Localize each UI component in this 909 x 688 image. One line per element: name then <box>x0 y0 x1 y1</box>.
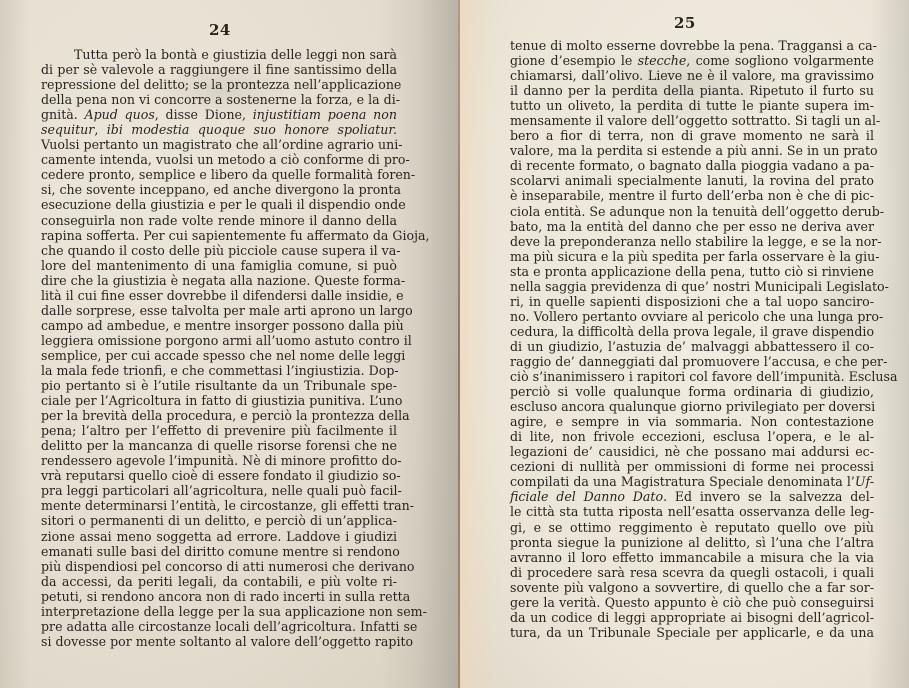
text-segment: ma più sicura e la più spedita per farla… <box>510 249 879 264</box>
text-line: chiamarsi, dall’olivo. Lieve ne è il val… <box>510 68 874 83</box>
italic-text: sequitur <box>41 122 94 137</box>
text-segment: gnità. <box>41 107 85 122</box>
text-line: pra leggi particolari all’agricoltura, n… <box>41 483 397 498</box>
text-segment: di lite, non frivole eccezioni, esclusa … <box>510 429 874 444</box>
text-segment: campo ad ambedue, e mentre insorger poss… <box>41 318 404 333</box>
text-segment: di procedere sarà resa scevra da quegli … <box>510 565 874 580</box>
text-line: rapina sofferta. Per cui sapientemente f… <box>41 228 397 243</box>
text-segment: tura, da un Tribunale Speciale per appli… <box>510 625 874 640</box>
text-segment: dalle sorprese, esse talvolta per male a… <box>41 303 413 318</box>
text-line: bero a fior di terra, non di grave momen… <box>510 128 874 143</box>
text-line: esecuzione della giustizia e per le qual… <box>41 197 397 212</box>
left-page: 24 Tutta però la bontà e giustizia delle… <box>0 0 460 688</box>
text-line: avranno il loro effetto immancabile a mi… <box>510 550 874 565</box>
text-line: tenue di molto esserne dovrebbe la pena.… <box>510 38 874 53</box>
text-line: cedere pronto, semplice e libero da quel… <box>41 167 397 182</box>
text-line: gere la verità. Questo appunto è ciò che… <box>510 595 874 610</box>
text-segment: scolarvi animali specialmente lanuti, la… <box>510 173 874 188</box>
text-segment: rapina sofferta. Per cui sapientemente f… <box>41 228 429 243</box>
book-spread: 24 Tutta però la bontà e giustizia delle… <box>0 0 909 688</box>
text-line: nella saggia previdenza di que’ nostri M… <box>510 279 874 294</box>
text-line: ma più sicura e la più spedita per farla… <box>510 249 874 264</box>
text-segment: vrà reputarsi quello cioè di essere fond… <box>41 468 401 483</box>
text-segment: camente intenda, vuolsi un metodo a ciò … <box>41 152 410 167</box>
text-segment: più dispendiosi pel concorso di atti num… <box>41 559 415 574</box>
text-segment: tutto un oliveto, la perdita di tutte le… <box>510 98 874 113</box>
text-line: il danno per la perdita della pianta. Ri… <box>510 83 874 98</box>
text-segment: gere la verità. Questo appunto è ciò che… <box>510 595 874 610</box>
text-segment: ciale per l’Agricoltura in fatto di gius… <box>41 393 402 408</box>
text-line: emanati sulle basi del diritto comune me… <box>41 544 397 559</box>
text-segment: conseguirla non rade volte rende minore … <box>41 213 397 228</box>
text-segment: , come sogliono volgarmente <box>686 53 874 68</box>
text-segment: valore, ma la perdita si estende a più a… <box>510 143 878 158</box>
text-segment: . Ed invero se la salvezza del- <box>663 489 874 504</box>
text-segment: emanati sulle basi del diritto comune me… <box>41 544 400 559</box>
text-segment: chiamarsi, dall’olivo. Lieve ne è il val… <box>510 68 874 83</box>
text-line: da accessi, da periti legali, da contabi… <box>41 574 397 589</box>
body-text: Tutta però la bontà e giustizia delle le… <box>41 47 397 649</box>
text-line: sta e pronta applicazione della pena, tu… <box>510 264 874 279</box>
text-line: valore, ma la perdita si estende a più a… <box>510 143 874 158</box>
text-line: scolarvi animali specialmente lanuti, la… <box>510 173 874 188</box>
text-segment: pronta siegue la punizione al delitto, s… <box>510 535 874 550</box>
text-line: mente determinarsi l’entità, le circosta… <box>41 498 397 513</box>
text-segment: nella saggia previdenza di que’ nostri M… <box>510 279 889 294</box>
page-number: 25 <box>674 14 696 32</box>
italic-text: injustitiam poena non <box>253 107 397 122</box>
text-segment: raggio de’ danneggiati dal promuovere l’… <box>510 354 887 369</box>
text-segment: mensamente il valore dell’oggetto sottra… <box>510 113 880 128</box>
text-segment: pra leggi particolari all’agricoltura, n… <box>41 483 402 498</box>
text-segment: , disse Dione, <box>155 107 253 122</box>
text-line: pronta siegue la punizione al delitto, s… <box>510 535 874 550</box>
text-line: che quando il costo delle più picciole c… <box>41 243 397 258</box>
text-segment: cedere pronto, semplice e libero da quel… <box>41 167 415 182</box>
text-line: conseguirla non rade volte rende minore … <box>41 213 397 228</box>
text-line: bato, ma la entità del danno che per ess… <box>510 219 874 234</box>
text-line: gnità. Apud quos, disse Dione, injustiti… <box>41 107 397 122</box>
right-page: 25 tenue di molto esserne dovrebbe la pe… <box>460 0 909 688</box>
text-line: camente intenda, vuolsi un metodo a ciò … <box>41 152 397 167</box>
text-line: cezioni di nullità per ommissioni di for… <box>510 459 874 474</box>
text-segment: leggiera omissione porgono armi all’uomo… <box>41 333 412 348</box>
text-line: ciò s’inanimissero i rapitori col favore… <box>510 369 874 384</box>
text-line: ri, in quelle sapienti disposizioni che … <box>510 294 874 309</box>
text-segment: di un giudizio, l’astuzia de’ malvaggi a… <box>510 339 874 354</box>
text-line: petuti, si rendono ancora non di rado in… <box>41 589 397 604</box>
italic-text: Apud quos <box>85 107 155 122</box>
text-segment: deve la preponderanza nello stabilire la… <box>510 234 882 249</box>
text-segment: dire che la giustizia è negata alla nazi… <box>41 273 405 288</box>
text-segment: no. Vollero pertanto ovviare al pericolo… <box>510 309 883 324</box>
text-line: pre adatta alle circostanze locali dell’… <box>41 619 397 634</box>
text-line: legazioni de’ causidici, nè che possano … <box>510 444 874 459</box>
text-line: sequitur, ibi modestia quoque suo honore… <box>41 122 397 137</box>
text-line: gi, e se ottimo reggimento è reputato qu… <box>510 520 874 535</box>
text-line: tutto un oliveto, la perdita di tutte le… <box>510 98 874 113</box>
text-segment: delitto per la mancanza di quelle risors… <box>41 438 397 453</box>
text-line: sovente più valgono a sovvertire, di que… <box>510 580 874 595</box>
text-segment: pio pertanto si è l’utile risultante da … <box>41 378 397 393</box>
text-line: dire che la giustizia è negata alla nazi… <box>41 273 397 288</box>
text-segment: sovente più valgono a sovvertire, di que… <box>510 580 874 595</box>
text-line: da un codice di leggi appropriate ai bis… <box>510 610 874 625</box>
text-line: mensamente il valore dell’oggetto sottra… <box>510 113 874 128</box>
text-line: per la brevità della procedura, e perciò… <box>41 408 397 423</box>
text-segment: Vuolsi pertanto un magistrato che all’or… <box>41 137 403 152</box>
text-segment: è inseparabile, mentre il furto dell’erb… <box>510 188 874 203</box>
text-line: no. Vollero pertanto ovviare al pericolo… <box>510 309 874 324</box>
text-segment: lità il cui fine esser dovrebbe il difen… <box>41 288 404 303</box>
text-line: ficiale del Danno Dato. Ed invero se la … <box>510 489 874 504</box>
text-segment: interpretazione della legge per la sua a… <box>41 604 427 619</box>
text-line: Vuolsi pertanto un magistrato che all’or… <box>41 137 397 152</box>
text-line: rendessero agevole l’impunità. Nè di min… <box>41 453 397 468</box>
body-text: tenue di molto esserne dovrebbe la pena.… <box>510 38 874 640</box>
text-segment: ri, in quelle sapienti disposizioni che … <box>510 294 874 309</box>
text-segment: gi, e se ottimo reggimento è reputato qu… <box>510 520 874 535</box>
text-line: perciò si volle qualunque forma ordinari… <box>510 384 874 399</box>
text-line: sitori o permanenti di un delitto, e per… <box>41 513 397 528</box>
text-segment: avranno il loro effetto immancabile a mi… <box>510 550 874 565</box>
text-line: campo ad ambedue, e mentre insorger poss… <box>41 318 397 333</box>
text-line: escluso ancora qualunque giorno privileg… <box>510 399 874 414</box>
text-line: le città sta tutta riposta nell’esatta o… <box>510 504 874 519</box>
text-line: la mala fede trionfi, e che commettasi l… <box>41 363 397 378</box>
text-segment: rendessero agevole l’impunità. Nè di min… <box>41 453 402 468</box>
text-segment: agire, e sempre in via sommaria. Non con… <box>510 414 874 429</box>
text-line: interpretazione della legge per la sua a… <box>41 604 397 619</box>
page-number: 24 <box>209 21 231 39</box>
text-segment: si dovesse por mente soltanto al valore … <box>41 634 413 649</box>
text-line: pio pertanto si è l’utile risultante da … <box>41 378 397 393</box>
text-segment: compilati da una Magistratura Speciale d… <box>510 474 855 489</box>
text-segment: la mala fede trionfi, e che commettasi l… <box>41 363 399 378</box>
text-segment: bero a fior di terra, non di grave momen… <box>510 128 874 143</box>
text-line: dalle sorprese, esse talvolta per male a… <box>41 303 397 318</box>
text-segment: ciò s’inanimissero i rapitori col favore… <box>510 369 897 384</box>
text-line: pena; l’altro per l’effetto di prevenire… <box>41 423 397 438</box>
text-line: compilati da una Magistratura Speciale d… <box>510 474 874 489</box>
text-segment: di recente formato, o bagnato dalla piog… <box>510 158 874 173</box>
text-segment: sta e pronta applicazione della pena, tu… <box>510 264 874 279</box>
text-line: lore del mantenimento di una famiglia co… <box>41 258 397 273</box>
text-segment: zione assai meno soggetta ad errore. Lad… <box>41 529 397 544</box>
text-line: di un giudizio, l’astuzia de’ malvaggi a… <box>510 339 874 354</box>
text-segment: legazioni de’ causidici, nè che possano … <box>510 444 874 459</box>
italic-text: Uf- <box>855 474 874 489</box>
text-segment: della pena non vi concorre a sostenerne … <box>41 92 400 107</box>
text-segment: pre adatta alle circostanze locali dell’… <box>41 619 417 634</box>
text-segment: Tutta però la bontà e giustizia delle le… <box>74 47 397 62</box>
text-line: di per sè valevole a raggiungere il fine… <box>41 62 397 77</box>
text-line: di lite, non frivole eccezioni, esclusa … <box>510 429 874 444</box>
text-line: di recente formato, o bagnato dalla piog… <box>510 158 874 173</box>
text-line: di procedere sarà resa scevra da quegli … <box>510 565 874 580</box>
text-segment: si, che sovente inceppano, ed anche dive… <box>41 182 401 197</box>
text-segment: mente determinarsi l’entità, le circosta… <box>41 498 414 513</box>
text-segment: escluso ancora qualunque giorno privileg… <box>510 399 875 414</box>
text-line: cedura, la difficoltà della prova legale… <box>510 324 874 339</box>
text-line: ciale per l’Agricoltura in fatto di gius… <box>41 393 397 408</box>
text-line: deve la preponderanza nello stabilire la… <box>510 234 874 249</box>
text-line: repressione del delitto; se la prontezza… <box>41 77 397 92</box>
text-segment: , <box>94 122 106 137</box>
text-segment: ciola entità. Se adunque non la tenuità … <box>510 204 884 219</box>
text-segment: da accessi, da periti legali, da contabi… <box>41 574 397 589</box>
text-segment: che quando il costo delle più picciole c… <box>41 243 401 258</box>
text-segment: pena; l’altro per l’effetto di prevenire… <box>41 423 397 438</box>
text-line: raggio de’ danneggiati dal promuovere l’… <box>510 354 874 369</box>
text-line: Tutta però la bontà e giustizia delle le… <box>41 47 397 62</box>
text-segment: le città sta tutta riposta nell’esatta o… <box>510 504 874 519</box>
text-segment: gione d’esempio le <box>510 53 638 68</box>
italic-text: ibi modestia quoque suo honore spoliatur… <box>107 122 397 137</box>
text-segment: perciò si volle qualunque forma ordinari… <box>510 384 874 399</box>
text-segment: da un codice di leggi appropriate ai bis… <box>510 610 874 625</box>
text-segment: bato, ma la entità del danno che per ess… <box>510 219 874 234</box>
text-segment: il danno per la perdita della pianta. Ri… <box>510 83 874 98</box>
text-line: si, che sovente inceppano, ed anche dive… <box>41 182 397 197</box>
text-line: agire, e sempre in via sommaria. Non con… <box>510 414 874 429</box>
text-segment: di per sè valevole a raggiungere il fine… <box>41 62 397 77</box>
text-segment: esecuzione della giustizia e per le qual… <box>41 197 406 212</box>
italic-text: ficiale del Danno Dato <box>510 489 663 504</box>
text-line: più dispendiosi pel concorso di atti num… <box>41 559 397 574</box>
text-segment: lore del mantenimento di una famiglia co… <box>41 258 397 273</box>
text-segment: tenue di molto esserne dovrebbe la pena.… <box>510 38 877 53</box>
text-line: zione assai meno soggetta ad errore. Lad… <box>41 529 397 544</box>
text-line: della pena non vi concorre a sostenerne … <box>41 92 397 107</box>
text-line: leggiera omissione porgono armi all’uomo… <box>41 333 397 348</box>
text-line: lità il cui fine esser dovrebbe il difen… <box>41 288 397 303</box>
text-segment: sitori o permanenti di un delitto, e per… <box>41 513 397 528</box>
text-line: tura, da un Tribunale Speciale per appli… <box>510 625 874 640</box>
text-segment: cedura, la difficoltà della prova legale… <box>510 324 874 339</box>
text-line: vrà reputarsi quello cioè di essere fond… <box>41 468 397 483</box>
text-segment: semplice, per cui accade spesso che nel … <box>41 348 405 363</box>
text-line: è inseparabile, mentre il furto dell’erb… <box>510 188 874 203</box>
text-line: delitto per la mancanza di quelle risors… <box>41 438 397 453</box>
text-segment: per la brevità della procedura, e perciò… <box>41 408 410 423</box>
text-segment: petuti, si rendono ancora non di rado in… <box>41 589 410 604</box>
text-line: ciola entità. Se adunque non la tenuità … <box>510 204 874 219</box>
italic-text: stecche <box>638 53 687 68</box>
text-line: gione d’esempio le stecche, come soglion… <box>510 53 874 68</box>
text-segment: repressione del delitto; se la prontezza… <box>41 77 401 92</box>
text-line: si dovesse por mente soltanto al valore … <box>41 634 397 649</box>
text-segment: cezioni di nullità per ommissioni di for… <box>510 459 874 474</box>
text-line: semplice, per cui accade spesso che nel … <box>41 348 397 363</box>
